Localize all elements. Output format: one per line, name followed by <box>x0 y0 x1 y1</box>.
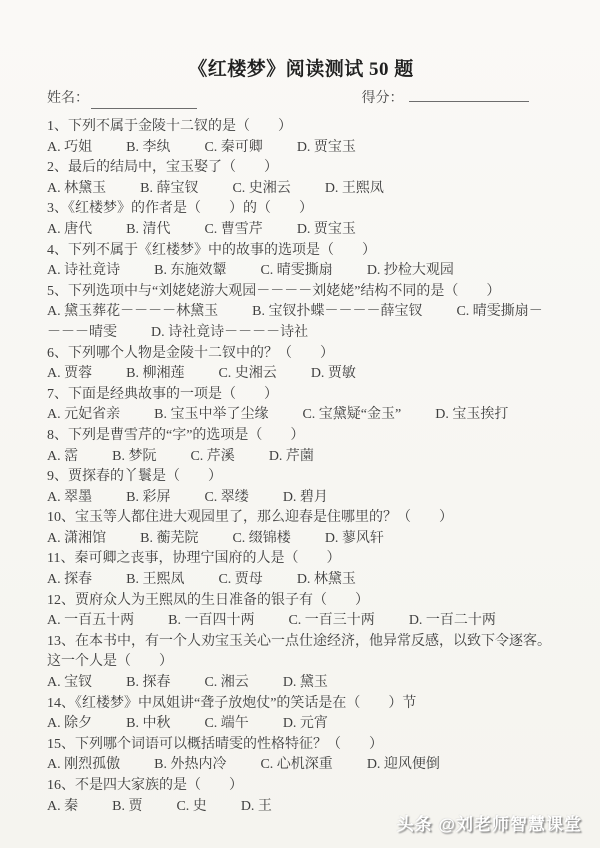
option-row: A. 诗社竟诗B. 东施效颦C. 晴雯撕扇D. 抄检大观园 <box>47 261 555 282</box>
option: A. 诗社竟诗 <box>47 263 120 278</box>
question-stem: 16、不是四大家族的是（ ） <box>47 776 555 797</box>
option: B. 贾 <box>112 799 142 814</box>
option-row: A. 刚烈孤傲B. 外热内冷C. 心机深重D. 迎风便倒 <box>47 755 555 776</box>
option: D. 贾敏 <box>311 366 356 381</box>
option: C. 史 <box>176 799 206 814</box>
option-row: A. 霑B. 梦阮C. 芹溪D. 芹薗 <box>47 447 555 468</box>
option: B. 彩屏 <box>126 490 170 505</box>
option: D. 碧月 <box>283 490 328 505</box>
question-8: 8、下列是曹雪芹的“字”的选项是（ ）A. 霑B. 梦阮C. 芹溪D. 芹薗 <box>47 426 555 467</box>
option: A. 秦 <box>47 799 78 814</box>
option: B. 一百四十两 <box>168 613 254 628</box>
option: B. 东施效颦 <box>154 263 226 278</box>
score-label: 得分： <box>362 91 404 106</box>
question-stem: 2、最后的结局中，宝玉娶了（ ） <box>47 158 555 179</box>
option: D. 王 <box>241 799 272 814</box>
option: A. 元妃省亲 <box>47 407 120 422</box>
option: C. 贾母 <box>218 572 262 587</box>
option: C. 史湘云 <box>232 181 290 196</box>
option: D. 黛玉 <box>283 675 328 690</box>
scanned-test-page: 《红楼梦》阅读测试 50 题 姓名： 得分： 1、下列不属于金陵十二钗的是（ ）… <box>0 0 600 848</box>
question-stem: 1、下列不属于金陵十二钗的是（ ） <box>47 117 555 138</box>
option: B. 王熙凤 <box>126 572 184 587</box>
question-12: 12、贾府众人为王熙凤的生日准备的银子有（ ）A. 一百五十两B. 一百四十两C… <box>47 591 555 632</box>
question-stem: 14、《红楼梦》中凤姐讲“聋子放炮仗”的笑话是在（ ）节 <box>47 694 555 715</box>
option: A. 霑 <box>47 449 78 464</box>
option: C. 湘云 <box>204 675 248 690</box>
option: A. 宝钗 <box>47 675 92 690</box>
option: B. 清代 <box>126 222 170 237</box>
option-row: A. 元妃省亲B. 宝玉中举了尘缘C. 宝黛疑“金玉”D. 宝玉挨打 <box>47 405 555 426</box>
option: A. 一百五十两 <box>47 613 134 628</box>
question-stem: 5、下列选项中与“刘姥姥游大观园－－－－刘姥姥”结构不同的是（ ） <box>47 282 555 303</box>
option: B. 探春 <box>126 675 170 690</box>
option: C. 端午 <box>204 716 248 731</box>
option-row: A. 贾蓉B. 柳湘莲C. 史湘云D. 贾敏 <box>47 364 555 385</box>
option: B. 蘅芜院 <box>140 531 198 546</box>
option: D. 抄检大观园 <box>367 263 454 278</box>
question-stem: 12、贾府众人为王熙凤的生日准备的银子有（ ） <box>47 591 555 612</box>
option: D. 贾宝玉 <box>297 140 356 155</box>
option: C. 曹雪芹 <box>204 222 262 237</box>
question-stem: 7、下面是经典故事的一项是（ ） <box>47 385 555 406</box>
option: A. 潇湘馆 <box>47 531 106 546</box>
question-stem: 11、秦可卿之丧事，协理宁国府的人是（ ） <box>47 549 555 570</box>
question-stem: 13、在本书中，有一个人劝宝玉关心一点仕途经济，他异常反感，以致下令逐客。这一个… <box>47 632 555 673</box>
option: C. 晴雯撕扇 <box>260 263 332 278</box>
question-4: 4、下列不属于《红楼梦》中的故事的选项是（ ）A. 诗社竟诗B. 东施效颦C. … <box>47 241 555 282</box>
option: D. 元宵 <box>283 716 328 731</box>
question-stem: 3、《红楼梦》的作者是（ ）的（ ） <box>47 199 555 220</box>
question-stem: 9、贾探春的丫鬟是（ ） <box>47 467 555 488</box>
question-3: 3、《红楼梦》的作者是（ ）的（ ）A. 唐代B. 清代C. 曹雪芹D. 贾宝玉 <box>47 199 555 240</box>
question-9: 9、贾探春的丫鬟是（ ）A. 翠墨B. 彩屏C. 翠缕D. 碧月 <box>47 467 555 508</box>
question-2: 2、最后的结局中，宝玉娶了（ ）A. 林黛玉B. 薛宝钗C. 史湘云D. 王熙凤 <box>47 158 555 199</box>
option-row: A. 探春B. 王熙凤C. 贾母D. 林黛玉 <box>47 570 555 591</box>
option: A. 林黛玉 <box>47 181 106 196</box>
question-14: 14、《红楼梦》中凤姐讲“聋子放炮仗”的笑话是在（ ）节A. 除夕B. 中秋C.… <box>47 694 555 735</box>
page-title: 《红楼梦》阅读测试 50 题 <box>47 58 555 82</box>
score-blank-line <box>409 88 529 102</box>
question-stem: 15、下列哪个词语可以概括晴雯的性格特征？（ ） <box>47 735 555 756</box>
option: A. 除夕 <box>47 716 92 731</box>
option: D. 王熙凤 <box>325 181 384 196</box>
question-15: 15、下列哪个词语可以概括晴雯的性格特征？（ ）A. 刚烈孤傲B. 外热内冷C.… <box>47 735 555 776</box>
watermark: 头条 @刘老师智慧课堂 <box>397 810 582 835</box>
option: D. 一百二十两 <box>409 613 496 628</box>
option: A. 刚烈孤傲 <box>47 757 120 772</box>
score-group: 得分： <box>362 88 530 109</box>
option: B. 柳湘莲 <box>126 366 184 381</box>
option: D. 蓼风轩 <box>325 531 384 546</box>
option: B. 中秋 <box>126 716 170 731</box>
question-10: 10、宝玉等人都住进大观园里了，那么迎春是住哪里的？（ ）A. 潇湘馆B. 蘅芜… <box>47 508 555 549</box>
option: A. 黛玉葬花－－－－林黛玉 <box>47 304 218 319</box>
name-score-row: 姓名： 得分： <box>47 88 555 109</box>
option: C. 史湘云 <box>218 366 276 381</box>
option-row: A. 一百五十两B. 一百四十两C. 一百三十两D. 一百二十两 <box>47 611 555 632</box>
option-row: A. 林黛玉B. 薛宝钗C. 史湘云D. 王熙凤 <box>47 179 555 200</box>
question-stem: 8、下列是曹雪芹的“字”的选项是（ ） <box>47 426 555 447</box>
page-content: 《红楼梦》阅读测试 50 题 姓名： 得分： 1、下列不属于金陵十二钗的是（ ）… <box>0 0 600 817</box>
option: D. 诗社竟诗－－－－诗社 <box>151 325 308 340</box>
option: D. 贾宝玉 <box>297 222 356 237</box>
option: A. 唐代 <box>47 222 92 237</box>
option: C. 宝黛疑“金玉” <box>302 407 401 422</box>
option: D. 林黛玉 <box>297 572 356 587</box>
option: B. 外热内冷 <box>154 757 226 772</box>
option-row: A. 宝钗B. 探春C. 湘云D. 黛玉 <box>47 673 555 694</box>
question-stem: 4、下列不属于《红楼梦》中的故事的选项是（ ） <box>47 241 555 262</box>
option: B. 梦阮 <box>112 449 156 464</box>
question-stem: 6、下列哪个人物是金陵十二钗中的？（ ） <box>47 344 555 365</box>
option: D. 芹薗 <box>269 449 314 464</box>
option: C. 芹溪 <box>190 449 234 464</box>
option-row: A. 除夕B. 中秋C. 端午D. 元宵 <box>47 714 555 735</box>
option-row: A. 潇湘馆B. 蘅芜院C. 缀锦楼D. 蓼风轩 <box>47 529 555 550</box>
question-13: 13、在本书中，有一个人劝宝玉关心一点仕途经济，他异常反感，以致下令逐客。这一个… <box>47 632 555 694</box>
option-row: A. 巧姐B. 李纨C. 秦可卿D. 贾宝玉 <box>47 138 555 159</box>
option-row: A. 唐代B. 清代C. 曹雪芹D. 贾宝玉 <box>47 220 555 241</box>
option: B. 宝钗扑蝶－－－－薛宝钗 <box>252 304 422 319</box>
option: A. 翠墨 <box>47 490 92 505</box>
question-5: 5、下列选项中与“刘姥姥游大观园－－－－刘姥姥”结构不同的是（ ）A. 黛玉葬花… <box>47 282 555 344</box>
name-label: 姓名： <box>47 88 89 109</box>
option-row: A. 黛玉葬花－－－－林黛玉B. 宝钗扑蝶－－－－薛宝钗C. 晴雯撕扇－－－－晴… <box>47 302 555 343</box>
option-row: A. 翠墨B. 彩屏C. 翠缕D. 碧月 <box>47 488 555 509</box>
name-blank-line <box>91 95 197 109</box>
option: C. 心机深重 <box>260 757 332 772</box>
question-list: 1、下列不属于金陵十二钗的是（ ）A. 巧姐B. 李纨C. 秦可卿D. 贾宝玉2… <box>47 117 555 817</box>
option: D. 迎风便倒 <box>367 757 440 772</box>
option: A. 贾蓉 <box>47 366 92 381</box>
option: A. 巧姐 <box>47 140 92 155</box>
question-11: 11、秦可卿之丧事，协理宁国府的人是（ ）A. 探春B. 王熙凤C. 贾母D. … <box>47 549 555 590</box>
option: C. 秦可卿 <box>204 140 262 155</box>
option: D. 宝玉挨打 <box>435 407 508 422</box>
option: C. 一百三十两 <box>288 613 374 628</box>
question-7: 7、下面是经典故事的一项是（ ）A. 元妃省亲B. 宝玉中举了尘缘C. 宝黛疑“… <box>47 385 555 426</box>
option: B. 李纨 <box>126 140 170 155</box>
question-stem: 10、宝玉等人都住进大观园里了，那么迎春是住哪里的？（ ） <box>47 508 555 529</box>
option: B. 宝玉中举了尘缘 <box>154 407 268 422</box>
question-6: 6、下列哪个人物是金陵十二钗中的？（ ）A. 贾蓉B. 柳湘莲C. 史湘云D. … <box>47 344 555 385</box>
option: B. 薛宝钗 <box>140 181 198 196</box>
option: A. 探春 <box>47 572 92 587</box>
option: C. 翠缕 <box>204 490 248 505</box>
question-1: 1、下列不属于金陵十二钗的是（ ）A. 巧姐B. 李纨C. 秦可卿D. 贾宝玉 <box>47 117 555 158</box>
option: C. 缀锦楼 <box>232 531 290 546</box>
